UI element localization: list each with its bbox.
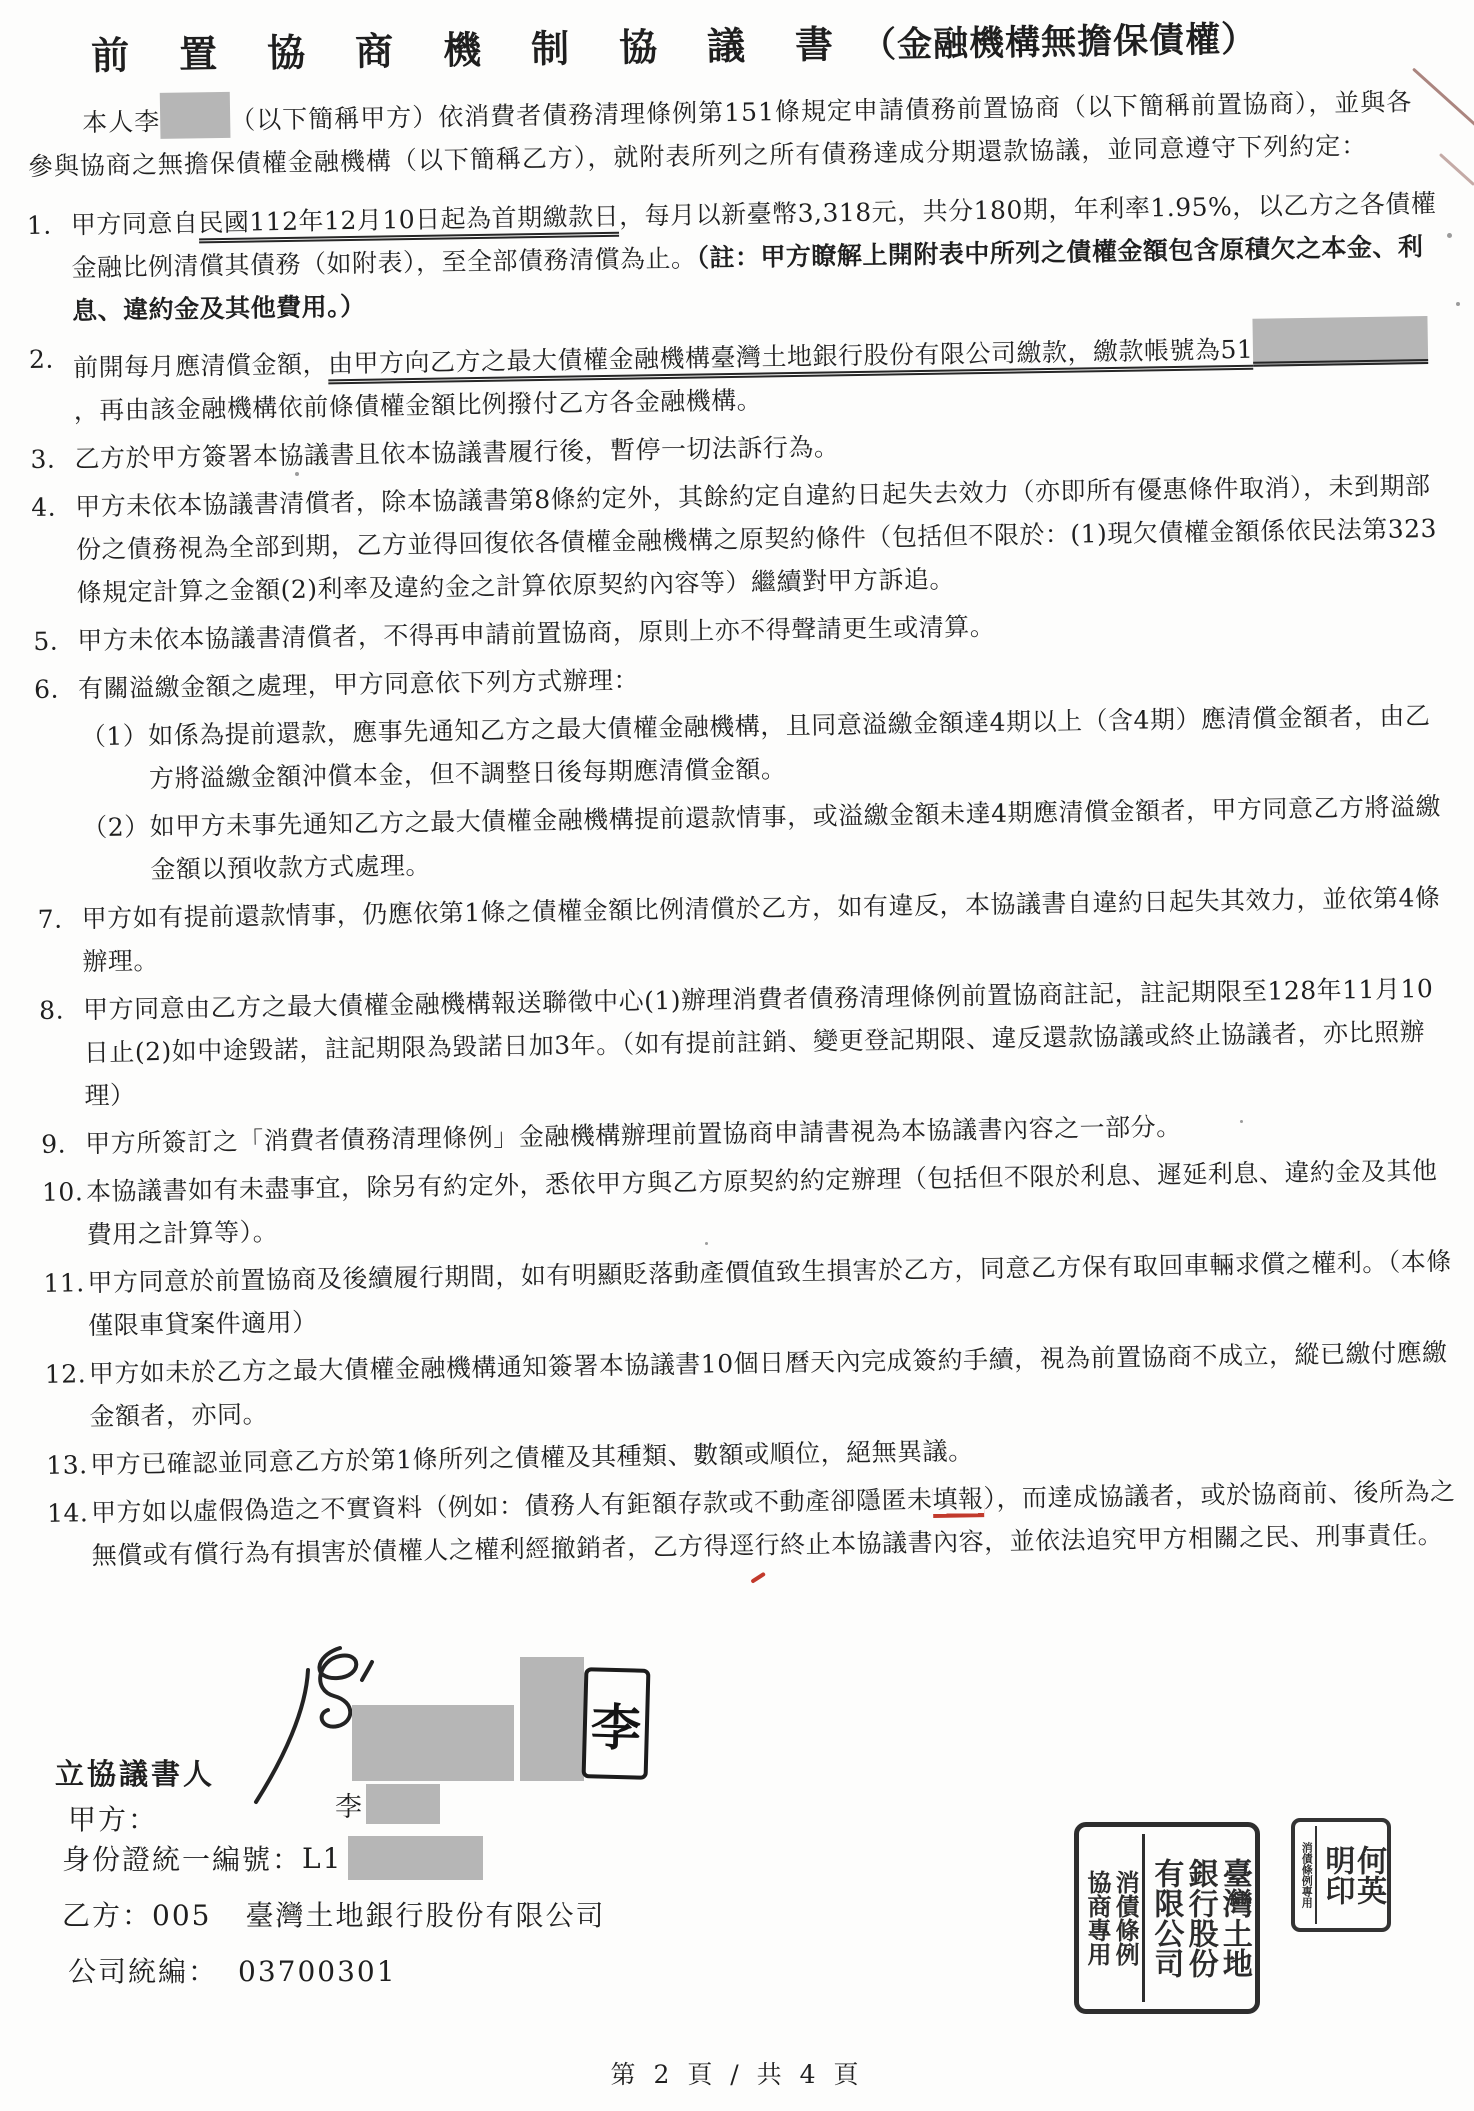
clause-text: 前開每月應清償金額，由甲方向乙方之最大債權金融機構臺灣土地銀行股份有限公司繳款，…	[73, 316, 1446, 433]
signatory-heading: 立協議書人	[55, 1752, 215, 1793]
scan-artifact	[1240, 1120, 1243, 1123]
intro-paragraph: 本人李（以下簡稱甲方）依消費者債務清理條例第151條規定申請債務前置協商（以下簡…	[27, 73, 1438, 188]
redaction-box	[1253, 316, 1429, 367]
id-label: 身份證統一編號：	[62, 1838, 302, 1878]
clause-text: 如係為提前還款，應事先通知乙方之最大債權金融機構，且同意溢繳金額達4期以上（含4…	[148, 694, 1452, 800]
text-segment: 由甲方向乙方之最大債權金融機構臺灣土地銀行股份有限公司繳款，繳款帳號為51	[328, 335, 1254, 385]
text-segment: 甲方同意由乙方之最大債權金融機構報送聯徵中心(1)辦理消費者債務清理條例前置協商…	[83, 974, 1434, 1110]
redaction-box	[366, 1784, 440, 1824]
company-id-label: 公司統編：	[68, 1955, 218, 1988]
company-id-row: 公司統編：03700301	[68, 1950, 397, 1990]
clause-text: 甲方同意自民國112年12月10日起為首期繳款日，每月以新臺幣3,318元，共分…	[70, 182, 1444, 333]
clause-number: （1）	[81, 714, 149, 758]
clause: 2.前開每月應清償金額，由甲方向乙方之最大債權金融機構臺灣土地銀行股份有限公司繳…	[29, 316, 1446, 433]
clause-number: 3.	[30, 437, 75, 481]
text-segment: 甲方同意自	[71, 208, 199, 239]
party-a-label: 甲方：	[68, 1798, 158, 1838]
scan-artifact	[705, 1242, 708, 1245]
clause-number: 5.	[33, 619, 78, 663]
clause: 12.甲方如未於乙方之最大債權金融機構通知簽署本協議書10個日曆天內完成簽約手續…	[45, 1331, 1462, 1439]
text-segment: 甲方所簽訂之「消費者債務清理條例」金融機構辦理前置協商申請書視為本協議書內容之一…	[85, 1112, 1182, 1158]
scan-artifact	[295, 472, 299, 476]
party-b-label: 乙方：	[62, 1899, 152, 1932]
clause-list: 1.甲方同意自民國112年12月10日起為首期繳款日，每月以新臺幣3,318元，…	[26, 182, 1463, 1578]
text-segment: 終止本協議書內容，並依法追究甲方相關之民、刑事責任。	[780, 1520, 1443, 1559]
id-number-row: 身份證統一編號： L1	[62, 1836, 483, 1880]
text-segment: 甲方未依本協議書清償者，除本協議書第8條約定外，其餘約定自違約日起失去效力（亦即…	[75, 471, 1437, 607]
clause: （2）如甲方未事先通知乙方之最大債權金融機構提前還款情事，或溢繳金額未達4期應清…	[82, 785, 1453, 893]
clause-text: 甲方未依本協議書清償者，除本協議書第8條約定外，其餘約定自違約日起失去效力（亦即…	[75, 464, 1449, 615]
clause-number: 8.	[39, 988, 84, 1032]
text-segment: 甲方已確認並同意乙方於第1條所列之債權及其種類、數額或順位，絕無異議。	[90, 1436, 974, 1479]
seal-text-column: 消債條例	[1111, 1832, 1139, 2004]
text-segment: 如甲方未事先通知乙方之最大債權金融機構提前還款情事，或溢繳金額未達4期應清償金額…	[149, 792, 1441, 884]
seal-text-column: 銀行股份	[1182, 1832, 1216, 2004]
seal-text-column: 臺灣土地	[1217, 1832, 1251, 2004]
clause-text: 本協議書如有未盡事宜，除另有約定外，悉依甲方與乙方原契約約定辦理（包括但不限於利…	[86, 1149, 1459, 1257]
clause-text: 甲方同意由乙方之最大債權金融機構報送聯徵中心(1)辦理消費者債務清理條例前置協商…	[83, 967, 1457, 1118]
clause: 10.本協議書如有未盡事宜，除另有約定外，悉依甲方與乙方原契約約定辦理（包括但不…	[42, 1149, 1459, 1257]
seal-text-column: 明印	[1320, 1826, 1352, 1924]
text-segment: 如係為提前還款，應事先通知乙方之最大債權金融機構，且同意溢繳金額達4期以上（含4…	[148, 701, 1431, 793]
party-b-code: 005	[152, 1899, 211, 1932]
text-segment: 逕行	[729, 1523, 781, 1567]
page-number-footer: 第 2 頁 / 共 4 頁	[0, 2055, 1474, 2091]
clause-number: 2.	[29, 337, 74, 381]
clause-number: 10.	[42, 1170, 87, 1214]
seal-text-column: 何英	[1352, 1826, 1384, 1924]
text-segment: 甲方同意於前置協商及後續履行期間，如有明顯貶落動產價值致生損害於乙方，同意乙方保…	[87, 1247, 1452, 1340]
clause-text: 如甲方未事先通知乙方之最大債權金融機構提前還款情事，或溢繳金額未達4期應清償金額…	[149, 785, 1453, 891]
text-segment: 甲方未依本協議書清償者，不得再申請前置協商，原則上亦不得聲請更生或清算。	[77, 612, 995, 655]
clause: 14.甲方如以虛假偽造之不實資料（例如：債務人有鉅額存款或不動產卻隱匿未填報），…	[47, 1470, 1464, 1578]
clause-number: （2）	[82, 805, 150, 849]
text-segment: 前開每月應清償金額，	[73, 349, 328, 382]
clause-number: 4.	[31, 485, 76, 529]
officer-name-seal: 消債條例專用明印何英	[1291, 1818, 1391, 1932]
clause-number: 7.	[37, 897, 82, 941]
document-title: 前置協商機制協議書（金融機構無擔保債權）	[0, 0, 1470, 81]
clause-text: 甲方如以虛假偽造之不實資料（例如：債務人有鉅額存款或不動產卻隱匿未填報），而達成…	[91, 1470, 1464, 1578]
text-segment: 甲方如以虛假偽造之不實資料（例如：債務人有鉅額存款或不動產卻隱匿未	[91, 1485, 933, 1527]
clause-number: 13.	[46, 1443, 91, 1487]
seal-text-column: 有限公司	[1148, 1832, 1182, 2004]
text-segment: 本人李	[82, 107, 160, 137]
party-b-name: 臺灣土地銀行股份有限公司	[245, 1899, 605, 1932]
clause-text: 甲方同意於前置協商及後續履行期間，如有明顯貶落動產價值致生損害於乙方，同意乙方保…	[87, 1240, 1460, 1348]
document-title-suffix: （金融機構無擔保債權）	[861, 19, 1258, 66]
document-body: 前置協商機制協議書（金融機構無擔保債權） 本人李（以下簡稱甲方）依消費者債務清理…	[0, 0, 1474, 1578]
text-segment: 本協議書如有未盡事宜，除另有約定外，悉依甲方與乙方原契約約定辦理（包括但不限於利…	[86, 1156, 1438, 1249]
text-segment: 有關溢繳金額之處理，甲方同意依下列方式辦理：	[78, 665, 639, 703]
clause-number: 9.	[41, 1122, 86, 1166]
clause-number: 11.	[43, 1261, 88, 1305]
scanned-document-page: 前置協商機制協議書（金融機構無擔保債權） 本人李（以下簡稱甲方）依消費者債務清理…	[0, 0, 1474, 2111]
text-segment: 填報	[932, 1484, 983, 1514]
clause-number: 14.	[47, 1491, 92, 1535]
seal-text-column: 消債條例專用	[1298, 1826, 1317, 1924]
redaction-box	[352, 1705, 514, 1781]
party-b-row: 乙方：005臺灣土地銀行股份有限公司	[62, 1894, 605, 1934]
seal-text-column: 協商專用	[1083, 1832, 1111, 2004]
text-segment: （以下簡稱甲方）依消費者債務清理條例第151條規定申請債務前置協商（以下簡稱前置…	[28, 87, 1413, 181]
text-segment: 民國112年12月10日起為首期繳款日	[198, 202, 619, 244]
id-prefix: L1	[302, 1842, 342, 1875]
party-a-name-prefix: 李	[335, 1785, 362, 1824]
text-segment: 甲方如未於乙方之最大債權金融機構通知簽署本協議書10個日曆天內完成簽約手續，視為…	[89, 1338, 1448, 1431]
text-segment: ，再由該金融機構依前條債權金額比例撥付乙方各金融機構。	[74, 386, 763, 426]
clause: 8.甲方同意由乙方之最大債權金融機構報送聯徵中心(1)辦理消費者債務清理條例前置…	[39, 967, 1457, 1118]
text-segment: 甲方如有提前還款情事，仍應依第1條之債權金額比例清償於乙方，如有違反，本協議書自…	[81, 883, 1440, 976]
seal-divider	[1142, 1834, 1145, 2002]
signer-seal-character: 李	[590, 1687, 642, 1760]
clause-number: 6.	[34, 667, 79, 711]
party-a-printed-name: 李	[335, 1784, 440, 1824]
clause: 7.甲方如有提前還款情事，仍應依第1條之債權金額比例清償於乙方，如有違反，本協議…	[37, 876, 1454, 984]
clause-number: 12.	[45, 1352, 90, 1396]
text-segment: 乙方於甲方簽署本協議書且依本協議書履行後，暫停一切法訴行為。	[74, 432, 839, 473]
clause: 4.甲方未依本協議書清償者，除本協議書第8條約定外，其餘約定自違約日起失去效力（…	[31, 464, 1449, 615]
scan-artifact	[1447, 233, 1452, 238]
clause-text: 甲方如有提前還款情事，仍應依第1條之債權金額比例清償於乙方，如有違反，本協議書自…	[81, 876, 1454, 984]
clause-number: 1.	[26, 203, 71, 247]
document-title-main: 前置協商機制協議書	[91, 21, 884, 78]
clause: 11.甲方同意於前置協商及後續履行期間，如有明顯貶落動產價值致生損害於乙方，同意…	[43, 1240, 1460, 1348]
redaction-box	[160, 92, 231, 139]
company-id-value: 03700301	[238, 1955, 397, 1988]
clause: （1）如係為提前還款，應事先通知乙方之最大債權金融機構，且同意溢繳金額達4期以上…	[81, 694, 1452, 802]
redaction-box	[520, 1657, 584, 1781]
bank-official-seal: 協商專用消債條例有限公司銀行股份臺灣土地	[1074, 1822, 1260, 2014]
clause-text: 甲方如未於乙方之最大債權金融機構通知簽署本協議書10個日曆天內完成簽約手續，視為…	[89, 1331, 1462, 1439]
scan-artifact	[1456, 302, 1460, 306]
clause: 1.甲方同意自民國112年12月10日起為首期繳款日，每月以新臺幣3,318元，…	[26, 182, 1444, 333]
signer-name-seal: 李	[582, 1667, 651, 1780]
redaction-box	[348, 1836, 483, 1880]
